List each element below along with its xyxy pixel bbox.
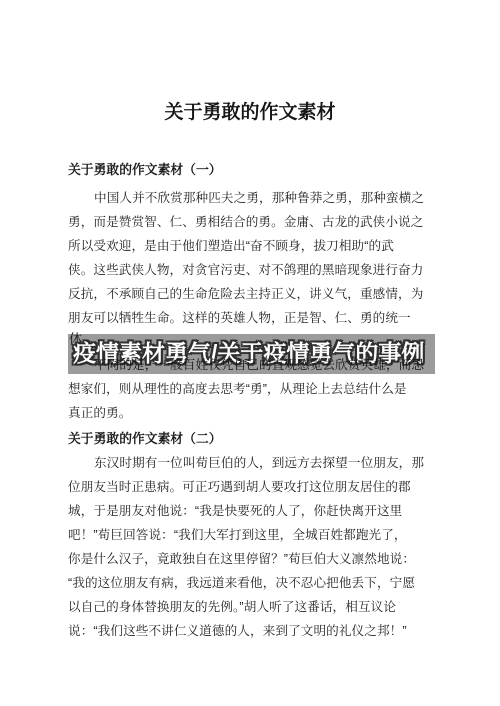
document-page: 关于勇敢的作文素材 关于勇敢的作文素材（一） 中国人并不欣赏那种匹夫之勇，那种鲁…	[0, 0, 500, 706]
paragraph3-line: 位朋友当时正患病。可正巧遇到胡人要攻打这位朋友居住的郡	[68, 475, 448, 499]
paragraph3-line: 说：“我们这些不讲仁义道德的人，来到了文明的礼仪之邦！”	[68, 619, 448, 643]
paragraph3-line: 你是什么汉子，竟敢独自在这里停留？”荀巨伯大义凛然地说：	[68, 547, 448, 571]
paragraph3-line: “我的这位朋友有病，我远道来看他，决不忍心把他丢下，宁愿	[68, 571, 448, 595]
paragraph1-line: 反抗，不承顾自己的生命危险去主持正义，讲义气，重感情，为	[68, 282, 448, 306]
paragraph3-line: 以自己的身体替换朋友的先例。”胡人听了这番话，相互议论	[68, 595, 448, 619]
paragraph1-line: 中国人并不欣赏那种匹夫之勇，那种鲁莽之勇，那种蛮横之	[68, 186, 474, 210]
document-title: 关于勇敢的作文素材	[0, 100, 500, 126]
paragraph2-line: 真正的勇。	[68, 401, 448, 425]
paragraph2-line: 不同的是，一般百姓仅凭自己的直观感觉去欣赏英雄，而思	[68, 353, 474, 377]
paragraph3-line: 城，于是朋友对他说：“我是快要死的人了，你赶快离开这里	[68, 499, 448, 523]
paragraph2-line: 想家们，则从理性的高度去思考“勇”，从理论上去总结什么是	[68, 377, 448, 401]
section-heading-1: 关于勇敢的作文素材（一）	[68, 158, 448, 182]
paragraph1-line: 朋友可以牺牲生命。这样的英雄人物，正是智、仁、勇的统一	[68, 306, 448, 330]
paragraph3-line: 东汉时期有一位叫荀巨伯的人，到远方去探望一位朋友，那	[68, 451, 474, 475]
section-heading-2: 关于勇敢的作文素材（二）	[68, 427, 448, 451]
paragraph1-line: 侠。这些武侠人物，对贪官污吏、对不鸽理的黑暗现象进行奋力	[68, 258, 448, 282]
paragraph1-line: 勇，而是赞赏智、仁、勇相结合的勇。金庸、古龙的武侠小说之	[68, 210, 448, 234]
paragraph1-line: 所以受欢迎，是由于他们塑造出“奋不顾身，拔刀相助“的武	[68, 234, 448, 258]
paragraph3-line: 吧！”荀巨回答说：“我们大军打到这里，全城百姓都跑光了，	[68, 523, 448, 547]
